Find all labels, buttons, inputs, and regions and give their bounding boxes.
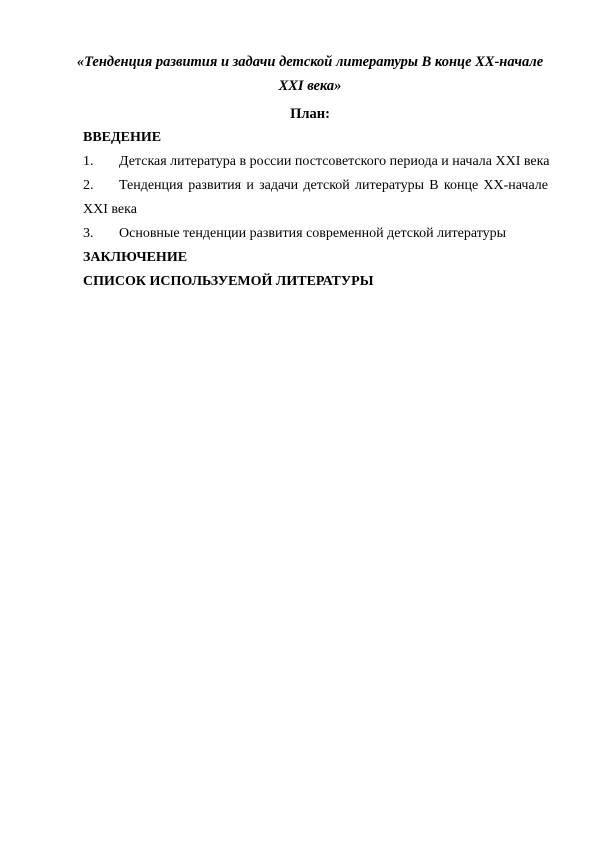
document-title: «Тенденция развития и задачи детской лит…: [70, 50, 550, 98]
title-line-1: «Тенденция развития и задачи детской лит…: [70, 50, 550, 74]
section-conclusion: ЗАКЛЮЧЕНИЕ: [83, 246, 187, 270]
item-continuation: XXI века: [83, 198, 137, 222]
title-line-2: XXI века»: [70, 74, 550, 98]
plan-heading: План:: [70, 102, 550, 126]
item-text: Основные тенденции развития современной …: [119, 226, 506, 241]
item-number: 1.: [83, 150, 119, 174]
section-references: СПИСОК ИСПОЛЬЗУЕМОЙ ЛИТЕРАТУРЫ: [83, 270, 373, 294]
section-intro: ВВЕДЕНИЕ: [83, 126, 161, 150]
document-page: «Тенденция развития и задачи детской лит…: [0, 0, 596, 842]
list-item: 3.Основные тенденции развития современно…: [83, 222, 506, 246]
item-text: Детская литература в россии постсоветско…: [119, 154, 549, 169]
item-number: 3.: [83, 222, 119, 246]
item-number: 2.: [83, 174, 119, 198]
item-text: Тенденция развития и задачи детской лите…: [119, 178, 548, 193]
list-item: 1.Детская литература в россии постсоветс…: [83, 150, 549, 174]
list-item: 2.Тенденция развития и задачи детской ли…: [83, 174, 548, 198]
